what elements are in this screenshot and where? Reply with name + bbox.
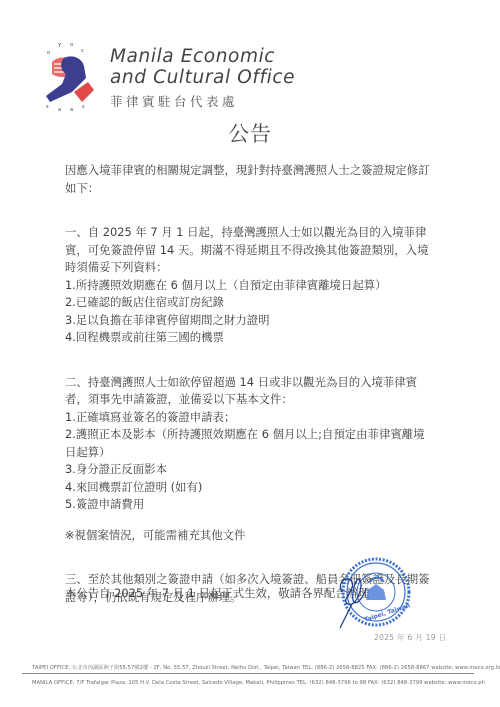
svg-text:s: s bbox=[82, 104, 85, 110]
svg-text:a: a bbox=[58, 107, 61, 112]
svg-text:Y: Y bbox=[57, 43, 62, 49]
section-1-item: 3.足以負擔在菲律賓停留期間之財力證明 bbox=[65, 312, 430, 330]
org-name-en-line1: Manila Economic bbox=[110, 46, 295, 67]
section-2-item: 2.護照正本及影本（所持護照效期應在 6 個月以上;自預定由菲律賓離境日起算） bbox=[65, 426, 430, 461]
notice-title: 公告 bbox=[0, 118, 500, 148]
handshake-logo-icon: o Y o c s a a s bbox=[44, 40, 96, 112]
svg-text:c: c bbox=[81, 48, 84, 54]
section-1-item: 2.已確認的飯店住宿或訂房紀錄 bbox=[65, 294, 430, 312]
org-name-en-line2: and Cultural Office bbox=[110, 67, 295, 88]
section-1-text: 一、自 2025 年 7 月 1 日起，持臺灣護照人士如以觀光為目的入境菲律賓，… bbox=[65, 224, 430, 277]
notice-body: 因應入境菲律賓的相關規定調整，現針對持臺灣護照人士之簽證規定修訂如下： 一、自 … bbox=[65, 162, 430, 606]
organization-name: Manila Economic and Cultural Office 菲律賓駐… bbox=[110, 46, 295, 110]
intro-paragraph: 因應入境菲律賓的相關規定調整，現針對持臺灣護照人士之簽證規定修訂如下： bbox=[65, 162, 430, 197]
footer-manila-office: MANILA OFFICE: 7/F Trafalgar Plaza, 105 … bbox=[32, 680, 472, 686]
section-2-item: 5.簽證申請費用 bbox=[65, 496, 430, 514]
svg-text:o: o bbox=[47, 50, 50, 56]
section-2-note: ※視個案情況，可能需補充其他文件 bbox=[65, 527, 430, 545]
notice-date: 2025 年 6 月 19 日 bbox=[374, 632, 446, 643]
org-name-zh: 菲律賓駐台代表處 bbox=[110, 92, 295, 110]
effective-statement: 本公告自 2025 年 7 月 1 日起正式生效，敬請各界配合辦理 bbox=[65, 585, 369, 601]
footer-divider bbox=[22, 673, 474, 674]
svg-text:s: s bbox=[46, 104, 49, 110]
signature-icon bbox=[330, 570, 375, 630]
svg-text:o: o bbox=[70, 42, 73, 48]
section-2-item: 4.來回機票訂位證明 (如有) bbox=[65, 479, 430, 497]
section-2-item: 1.正確填寫並簽名的簽證申請表； bbox=[65, 409, 430, 427]
section-1-item: 1.所持護照效期應在 6 個月以上（自預定由菲律賓離境日起算） bbox=[65, 277, 430, 295]
section-2-item: 3.身分證正反面影本 bbox=[65, 461, 430, 479]
svg-text:a: a bbox=[70, 107, 73, 112]
footer-taipei-office: TAIPEI OFFICE: 台北市內湖區洲子街55.57號2樓 - 2F, N… bbox=[32, 664, 472, 671]
section-1-item: 4.回程機票或前往第三國的機票 bbox=[65, 329, 430, 347]
notice-page: o Y o c s a a s Manila Economic and Cult… bbox=[0, 0, 500, 707]
section-2-text: 二、持臺灣護照人士如欲停留超過 14 日或非以觀光為目的入境菲律賓者，須事先申請… bbox=[65, 374, 430, 409]
